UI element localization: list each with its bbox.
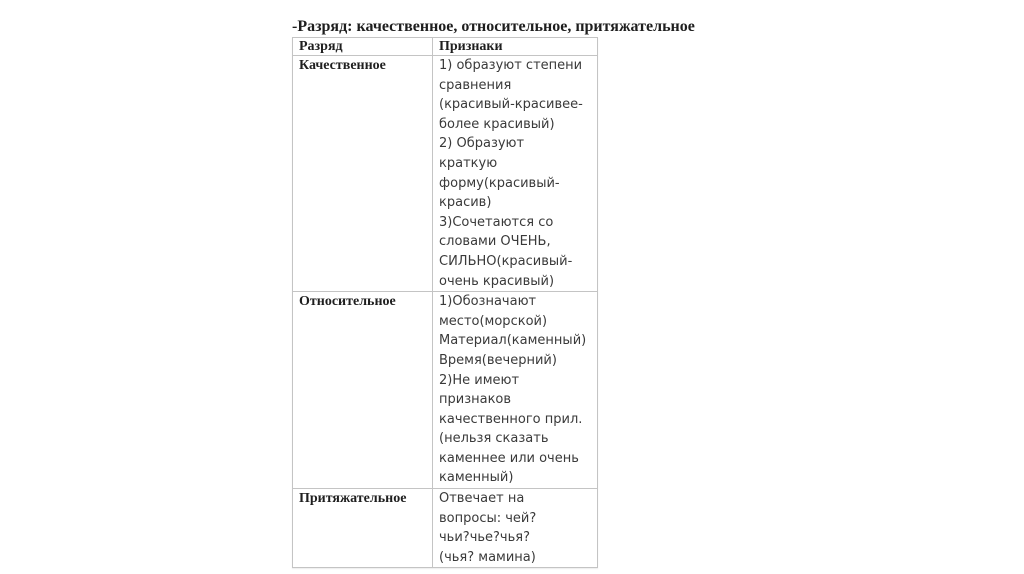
sign-line: краткую [439,154,593,174]
sign-line: Материал(каменный) [439,331,593,351]
adjective-rank-table: Разряд Признаки Качественное 1) образуют… [292,37,598,568]
sign-line: признаков [439,390,593,410]
sign-line: 2) Образуют [439,134,593,154]
sign-line: каменнее или очень [439,449,593,469]
rank-name: Качественное [293,56,433,292]
sign-line: 1)Обозначают [439,292,593,312]
sign-line: более красивый) [439,115,593,135]
sign-line: Отвечает на [439,489,593,509]
sign-line: форму(красивый- [439,174,593,194]
sign-line: (нельзя сказать [439,429,593,449]
sign-line: чьи?чье?чья? [439,528,593,548]
rank-name: Относительное [293,292,433,489]
rank-signs: 1)Обозначаютместо(морской)Материал(камен… [433,292,598,489]
sign-line: каменный) [439,468,593,488]
sign-line: (красивый-красивее- [439,95,593,115]
table-row: Качественное 1) образуют степенисравнени… [293,56,598,292]
rank-signs: 1) образуют степенисравнения(красивый-кр… [433,56,598,292]
rank-signs: Отвечает навопросы: чей?чьи?чье?чья?(чья… [433,489,598,568]
sign-line: Время(вечерний) [439,351,593,371]
table-row: Притяжательное Отвечает навопросы: чей?ч… [293,489,598,568]
sign-line: вопросы: чей? [439,509,593,529]
sign-line: очень красивый) [439,272,593,292]
sign-line: 1) образуют степени [439,56,593,76]
slide-title: -Разряд: качественное, относительное, пр… [292,17,695,37]
sign-line: сравнения [439,76,593,96]
sign-line: качественного прил. [439,410,593,430]
sign-line: место(морской) [439,312,593,332]
header-rank: Разряд [293,38,433,56]
sign-line: красив) [439,193,593,213]
table-row: Относительное 1)Обозначаютместо(морской)… [293,292,598,489]
sign-line: 3)Сочетаются со [439,213,593,233]
sign-line: (чья? мамина) [439,548,593,568]
sign-line: 2)Не имеют [439,371,593,391]
sign-line: словами ОЧЕНЬ, [439,232,593,252]
sign-line: СИЛЬНО(красивый- [439,252,593,272]
table-header-row: Разряд Признаки [293,38,598,56]
rank-name: Притяжательное [293,489,433,568]
header-signs: Признаки [433,38,598,56]
